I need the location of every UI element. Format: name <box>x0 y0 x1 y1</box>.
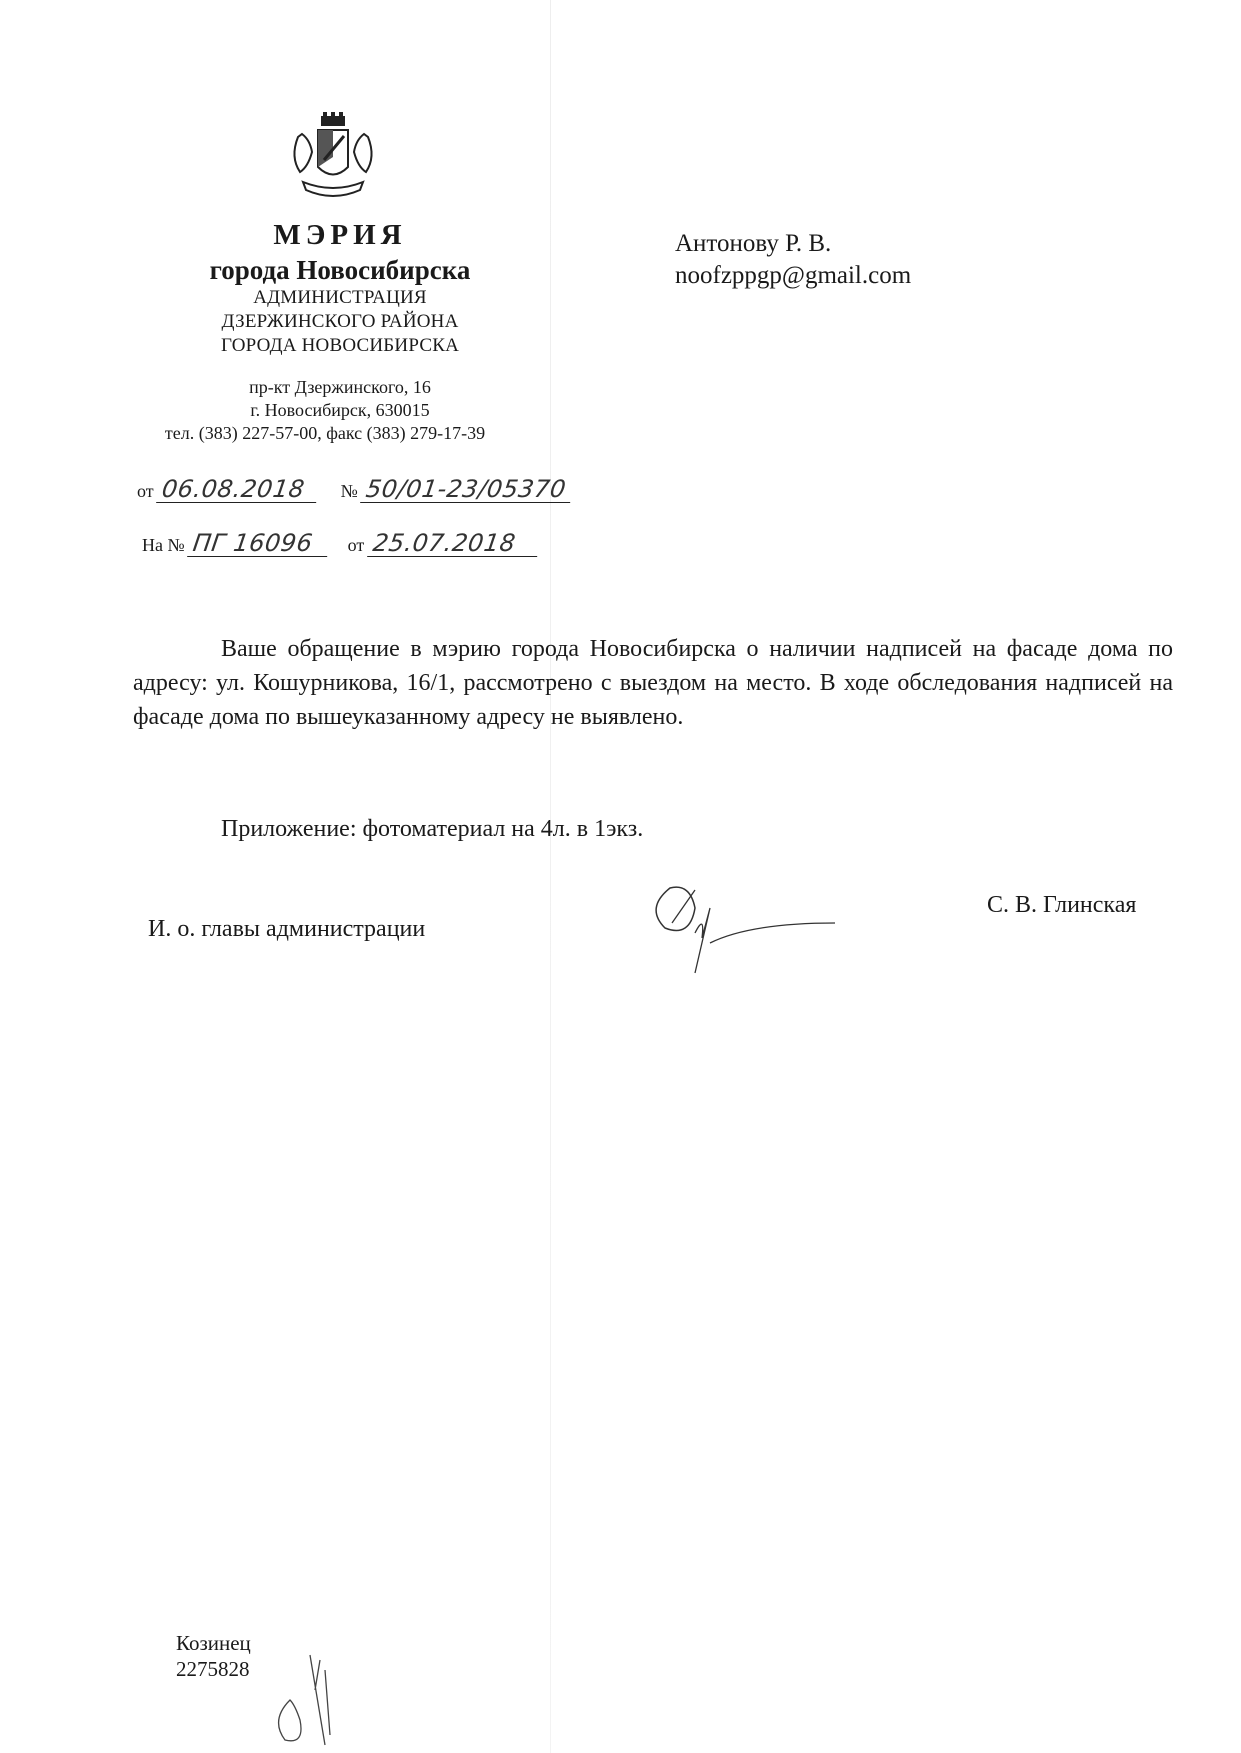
reply-number: ПГ 16096 <box>187 530 331 557</box>
executor-phone: 2275828 <box>176 1656 251 1682</box>
reply-reference: На № ПГ 16096 от 25.07.2018 <box>142 530 539 557</box>
number-label: № <box>341 481 358 501</box>
recipient-name: Антонову Р. В. <box>675 228 911 260</box>
org-title: МЭРИЯ <box>130 218 550 252</box>
dept-line-2: ДЗЕРЖИНСКОГО РАЙОНА <box>130 310 550 334</box>
from-label: от <box>137 481 154 501</box>
address-line-1: пр-кт Дзержинского, 16 <box>130 376 550 399</box>
executor-name: Козинец <box>176 1630 251 1656</box>
recipient-email: noofzppgp@gmail.com <box>675 260 911 292</box>
contacts-line: тел. (383) 227-57-00, факс (383) 279-17-… <box>100 422 550 445</box>
signatory-name: С. В. Глинская <box>987 892 1136 919</box>
org-address: пр-кт Дзержинского, 16 г. Новосибирск, 6… <box>130 376 550 445</box>
reply-date: 25.07.2018 <box>367 530 541 557</box>
body-paragraph: Ваше обращение в мэрию города Новосибирс… <box>133 632 1173 734</box>
executor-initials-icon <box>270 1650 350 1750</box>
signatory-role: И. о. главы администрации <box>148 916 425 943</box>
executor-block: Козинец 2275828 <box>176 1630 251 1682</box>
handwritten-signature-icon <box>650 878 850 978</box>
recipient-block: Антонову Р. В. noofzppgp@gmail.com <box>675 228 911 292</box>
outgoing-registration: от 06.08.2018 № 50/01-23/05370 <box>137 476 572 503</box>
reply-number-label: На № <box>142 535 185 555</box>
org-city: города Новосибирска <box>130 254 550 286</box>
address-line-2: г. Новосибирск, 630015 <box>130 399 550 422</box>
letterhead: МЭРИЯ города Новосибирска АДМИНИСТРАЦИЯ … <box>130 218 550 445</box>
scan-fold-line <box>550 0 551 1753</box>
coat-of-arms-icon <box>288 112 378 207</box>
dept-line-1: АДМИНИСТРАЦИЯ <box>130 286 550 310</box>
outgoing-date: 06.08.2018 <box>156 476 320 503</box>
attachment-note: Приложение: фотоматериал на 4л. в 1экз. <box>221 816 643 843</box>
letter-body: Ваше обращение в мэрию города Новосибирс… <box>133 632 1173 734</box>
reply-from-label: от <box>348 535 365 555</box>
dept-line-3: ГОРОДА НОВОСИБИРСКА <box>130 334 550 358</box>
outgoing-number: 50/01-23/05370 <box>360 476 574 503</box>
